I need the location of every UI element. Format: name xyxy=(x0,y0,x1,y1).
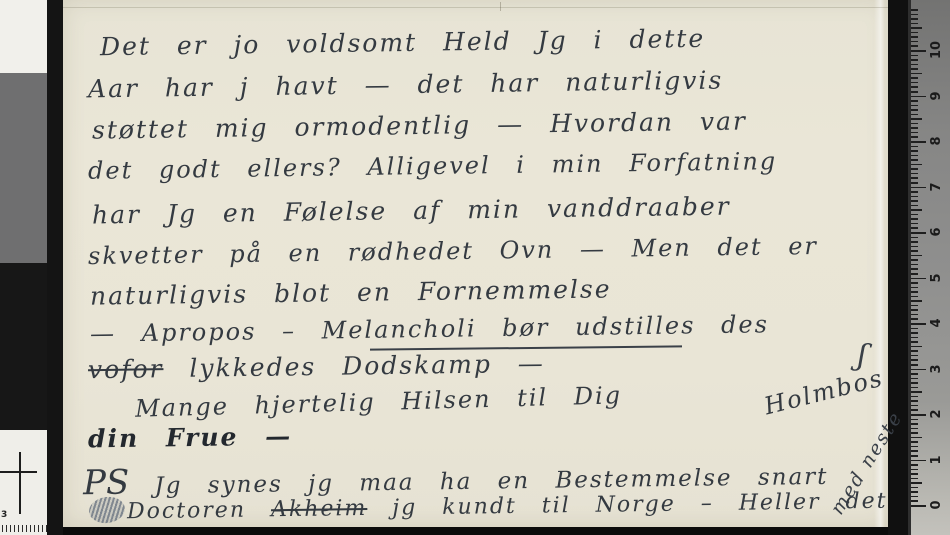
ruler-tick xyxy=(911,209,922,211)
calibration-patch-white xyxy=(0,0,47,73)
ruler-tick xyxy=(911,305,918,307)
ruler-tick xyxy=(911,114,918,116)
ruler-tick xyxy=(911,400,918,402)
ruler-tick xyxy=(911,241,918,243)
ruler-tick xyxy=(911,109,918,111)
ruler-tick xyxy=(911,123,918,125)
mini-scale-tick xyxy=(26,525,27,532)
ruler-tick xyxy=(911,278,926,280)
ruler-tick xyxy=(911,105,918,107)
crosshair-horizontal-line xyxy=(0,471,37,473)
ruler-tick xyxy=(911,268,918,270)
handwriting-line-2: Aar har j havt — det har naturligvis xyxy=(88,66,724,104)
grayscale-calibration-strip: 3 xyxy=(0,0,47,535)
mini-scale-tick xyxy=(30,525,31,532)
mini-scale-tick xyxy=(34,525,35,532)
ruler-number: 6 xyxy=(928,219,944,245)
ruler-tick xyxy=(911,473,918,475)
ruler-tick xyxy=(911,350,918,352)
ruler-tick xyxy=(911,118,922,120)
ruler-tick xyxy=(911,341,918,343)
ruler-tick xyxy=(911,45,918,47)
ruler-tick xyxy=(911,100,918,102)
ruler-tick xyxy=(911,250,918,252)
ruler-tick xyxy=(911,23,918,25)
mini-scale-tick xyxy=(38,525,39,532)
ruler-tick xyxy=(911,246,918,248)
mini-scale-tick xyxy=(18,525,19,532)
ruler-tick xyxy=(911,32,918,34)
ruler-tick xyxy=(911,437,922,439)
ruler-tick xyxy=(911,259,918,261)
letter-paper: Det er jo voldsomt Held Jg i dette Aar h… xyxy=(63,0,888,527)
handwriting-line-11: din Frue — xyxy=(88,422,293,454)
ruler-tick xyxy=(911,177,918,179)
ruler-tick xyxy=(911,382,918,384)
ruler-tick xyxy=(911,173,918,175)
ruler-tick xyxy=(911,168,918,170)
strikethrough-word: vofor xyxy=(88,354,164,384)
film-edge-left xyxy=(47,0,63,535)
ruler-tick xyxy=(911,91,918,93)
ruler-tick xyxy=(911,227,918,229)
ruler-tick xyxy=(911,264,918,266)
ruler-tick xyxy=(911,73,922,75)
ruler-tick xyxy=(911,291,918,293)
ruler-tick xyxy=(911,414,926,416)
ruler-number: 9 xyxy=(928,83,944,109)
ruler-tick xyxy=(911,27,922,29)
ruler-tick xyxy=(911,273,918,275)
ruler-tick xyxy=(911,309,918,311)
handwriting-line-9: vofor lykkedes Dodskamp — xyxy=(88,349,545,384)
ruler-tick xyxy=(911,355,918,357)
ruler-tick xyxy=(911,491,918,493)
handwriting-line-1: Det er jo voldsomt Held Jg i dette xyxy=(100,24,706,61)
ruler-tick xyxy=(911,460,926,462)
ruler-tick xyxy=(911,328,918,330)
ruler-tick xyxy=(911,164,922,166)
handwriting-line-10-end-word: Holmbos xyxy=(761,364,886,421)
mini-scale-tick xyxy=(10,525,11,532)
ruler-tick xyxy=(911,441,918,443)
photographed-letter-scene: 3 Det er jo voldsomt Held Jg i dette Aar… xyxy=(0,0,950,535)
handwriting-line-8: — Apropos – Melancholi bør udstilles des xyxy=(90,310,769,347)
ruler-tick xyxy=(911,314,918,316)
handwriting-line-6: skvetter på en rødhedet Ovn — Men det er xyxy=(88,232,818,270)
ruler-tick xyxy=(911,364,918,366)
ruler-tick xyxy=(911,55,918,57)
fold-crease-notch xyxy=(500,2,501,11)
ruler-tick xyxy=(911,255,922,257)
ruler-tick xyxy=(911,232,926,234)
mini-scale-tick xyxy=(22,525,23,532)
ruler-tick xyxy=(911,59,918,61)
ruler-tick xyxy=(911,387,918,389)
ruler-tick xyxy=(911,41,918,43)
handwriting-line-4: det godt ellers? Alligevel i min Forfatn… xyxy=(88,147,778,185)
ruler-tick xyxy=(911,478,918,480)
ruler-tick xyxy=(911,296,918,298)
ruler-tick xyxy=(911,359,918,361)
ruler-tick xyxy=(911,396,918,398)
strikethrough-word-2: Akheim xyxy=(271,496,368,522)
ruler-tick xyxy=(911,482,922,484)
ruler-number: 10 xyxy=(928,37,944,63)
ruler-tick xyxy=(911,469,918,471)
ruler-tick xyxy=(911,300,922,302)
ruler-tick xyxy=(911,423,918,425)
ruler-tick xyxy=(911,77,918,79)
ruler-tick xyxy=(911,500,918,502)
ruler-number: 0 xyxy=(928,492,944,518)
ruler-tick xyxy=(911,191,918,193)
ruler-tick xyxy=(911,218,918,220)
ruler-tick xyxy=(911,64,918,66)
handwriting-line-3: støttet mig ormodentlig — Hvordan var xyxy=(92,106,747,144)
mini-scale-tick xyxy=(6,525,7,532)
ruler-tick xyxy=(911,187,926,189)
ruler-tick xyxy=(911,455,918,457)
handwriting-line-7: naturligvis blot en Fornemmelse xyxy=(90,274,612,310)
mini-scale-number: 3 xyxy=(1,510,7,520)
ruler-number: 4 xyxy=(928,310,944,336)
ruler-tick xyxy=(911,18,918,20)
ruler-tick xyxy=(911,200,918,202)
ruler-number: 5 xyxy=(928,265,944,291)
ruler-tick xyxy=(911,282,918,284)
ruler-tick xyxy=(911,9,918,11)
ruler-tick xyxy=(911,450,918,452)
line-13-prefix: Doctoren xyxy=(127,497,271,524)
ruler-tick xyxy=(911,323,926,325)
ruler-tick xyxy=(911,127,918,129)
ruler-tick xyxy=(911,464,918,466)
ruler-tick xyxy=(911,405,918,407)
ruler-tick xyxy=(911,496,918,498)
line-9-rest: lykkedes Dodskamp — xyxy=(163,349,545,383)
ruler-number: 8 xyxy=(928,128,944,154)
ruler-tick xyxy=(911,146,918,148)
ruler-tick xyxy=(911,82,918,84)
fold-crease xyxy=(63,7,888,8)
ruler-tick xyxy=(911,36,918,38)
ruler-tick xyxy=(911,96,926,98)
ruler-tick xyxy=(911,237,918,239)
ruler-tick xyxy=(911,132,918,134)
ruler-number: 2 xyxy=(928,401,944,427)
ruler-tick xyxy=(911,332,918,334)
ruler-tick xyxy=(911,196,918,198)
ruler-tick xyxy=(911,373,918,375)
ruler-tick xyxy=(911,50,926,52)
ruler-tick xyxy=(911,505,926,507)
crosshair-vertical-line xyxy=(19,452,21,514)
ruler-tick xyxy=(911,150,918,152)
ruler-tick xyxy=(911,318,918,320)
ruler-tick xyxy=(911,378,918,380)
handwriting-line-5: har Jg en Følelse af min vanddraaber xyxy=(92,192,731,230)
film-edge-right xyxy=(888,0,908,535)
ruler-tick xyxy=(911,391,922,393)
ruler-number: 1 xyxy=(928,447,944,473)
ruler-number: 3 xyxy=(928,356,944,382)
ruler-tick xyxy=(911,223,918,225)
mini-scale-tick xyxy=(42,525,43,532)
ruler-tick xyxy=(911,159,918,161)
ruler-tick xyxy=(911,86,918,88)
ruler-tick xyxy=(911,432,918,434)
ruler-tick xyxy=(911,419,918,421)
ruler-tick xyxy=(911,136,918,138)
calibration-patch-gray xyxy=(0,73,47,263)
centimeter-ruler: 012345678910 xyxy=(908,0,950,535)
ruler-number: 7 xyxy=(928,174,944,200)
ruler-tick xyxy=(911,141,926,143)
ruler-tick xyxy=(911,369,926,371)
handwriting-line-10: Mange hjertelig Hilsen til Dig xyxy=(135,381,623,423)
ruler-tick xyxy=(911,428,918,430)
ruler-tick xyxy=(911,214,918,216)
ruler-tick xyxy=(911,155,918,157)
ruler-tick xyxy=(911,14,918,16)
ruler-tick xyxy=(911,205,918,207)
ruler-tick xyxy=(911,409,918,411)
ruler-tick xyxy=(911,287,918,289)
ruler-tick xyxy=(911,446,918,448)
ruler-tick xyxy=(911,68,918,70)
ruler-tick xyxy=(911,182,918,184)
mini-scale-tick xyxy=(14,525,15,532)
ruler-tick xyxy=(911,337,918,339)
ruler-tick xyxy=(911,346,922,348)
calibration-patch-black xyxy=(0,263,47,430)
ruler-tick xyxy=(911,487,918,489)
mini-scale-tick xyxy=(2,525,3,532)
